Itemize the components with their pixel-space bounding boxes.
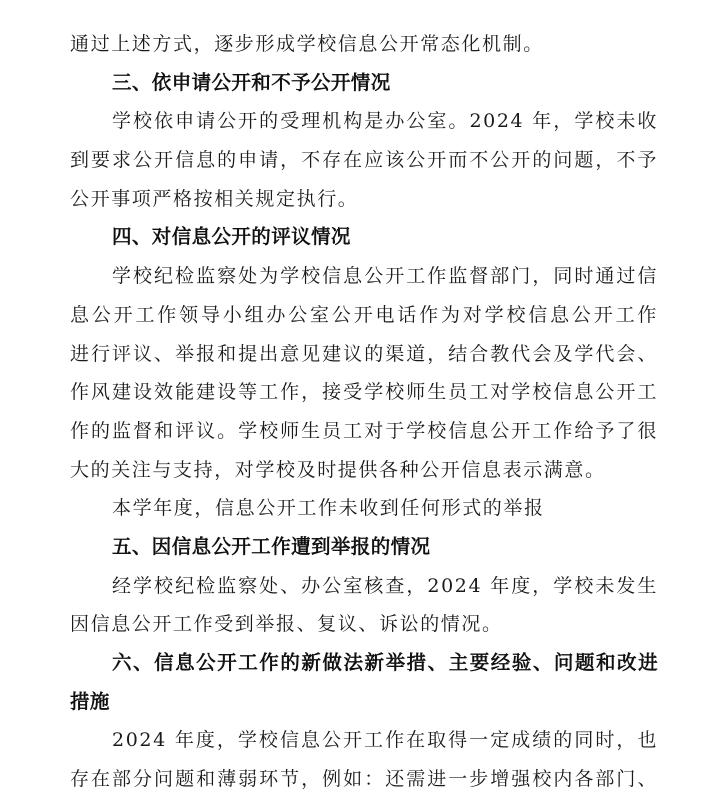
paragraph-line: 经学校纪检监察处、办公室核查，2024 年度，学校未发生 [70, 567, 658, 606]
paragraph-line: 作风建设效能建设等工作，接受学校师生员工对学校信息公开工 [70, 373, 658, 412]
section-heading-3: 三、依申请公开和不予公开情况 [70, 64, 658, 103]
paragraph-line: 通过上述方式，逐步形成学校信息公开常态化机制。 [70, 25, 658, 64]
paragraph-line: 存在部分问题和薄弱环节，例如：还需进一步增强校内各部门、 [70, 760, 658, 799]
section-heading-4: 四、对信息公开的评议情况 [70, 218, 658, 257]
document-page: 通过上述方式，逐步形成学校信息公开常态化机制。 三、依申请公开和不予公开情况 学… [70, 25, 658, 799]
paragraph-line: 息公开工作领导小组办公室公开电话作为对学校信息公开工作 [70, 296, 658, 335]
paragraph-line: 因信息公开工作受到举报、复议、诉讼的情况。 [70, 605, 658, 644]
paragraph-line: 公开事项严格按相关规定执行。 [70, 180, 658, 219]
paragraph-line: 学校纪检监察处为学校信息公开工作监督部门，同时通过信 [70, 257, 658, 296]
paragraph-line: 学校依申请公开的受理机构是办公室。2024 年，学校未收 [70, 102, 658, 141]
section-heading-5: 五、因信息公开工作遭到举报的情况 [70, 528, 658, 567]
paragraph-line: 大的关注与支持，对学校及时提供各种公开信息表示满意。 [70, 451, 658, 490]
paragraph-line: 本学年度，信息公开工作未收到任何形式的举报 [70, 489, 658, 528]
paragraph-line: 进行评议、举报和提出意见建议的渠道，结合教代会及学代会、 [70, 335, 658, 374]
paragraph-line: 作的监督和评议。学校师生员工对于学校信息公开工作给予了很 [70, 412, 658, 451]
section-heading-6-continued: 措施 [70, 683, 658, 722]
section-heading-6: 六、信息公开工作的新做法新举措、主要经验、问题和改进 [70, 644, 658, 683]
paragraph-line: 到要求公开信息的申请，不存在应该公开而不公开的问题，不予 [70, 141, 658, 180]
paragraph-line: 2024 年度，学校信息公开工作在取得一定成绩的同时，也 [70, 721, 658, 760]
